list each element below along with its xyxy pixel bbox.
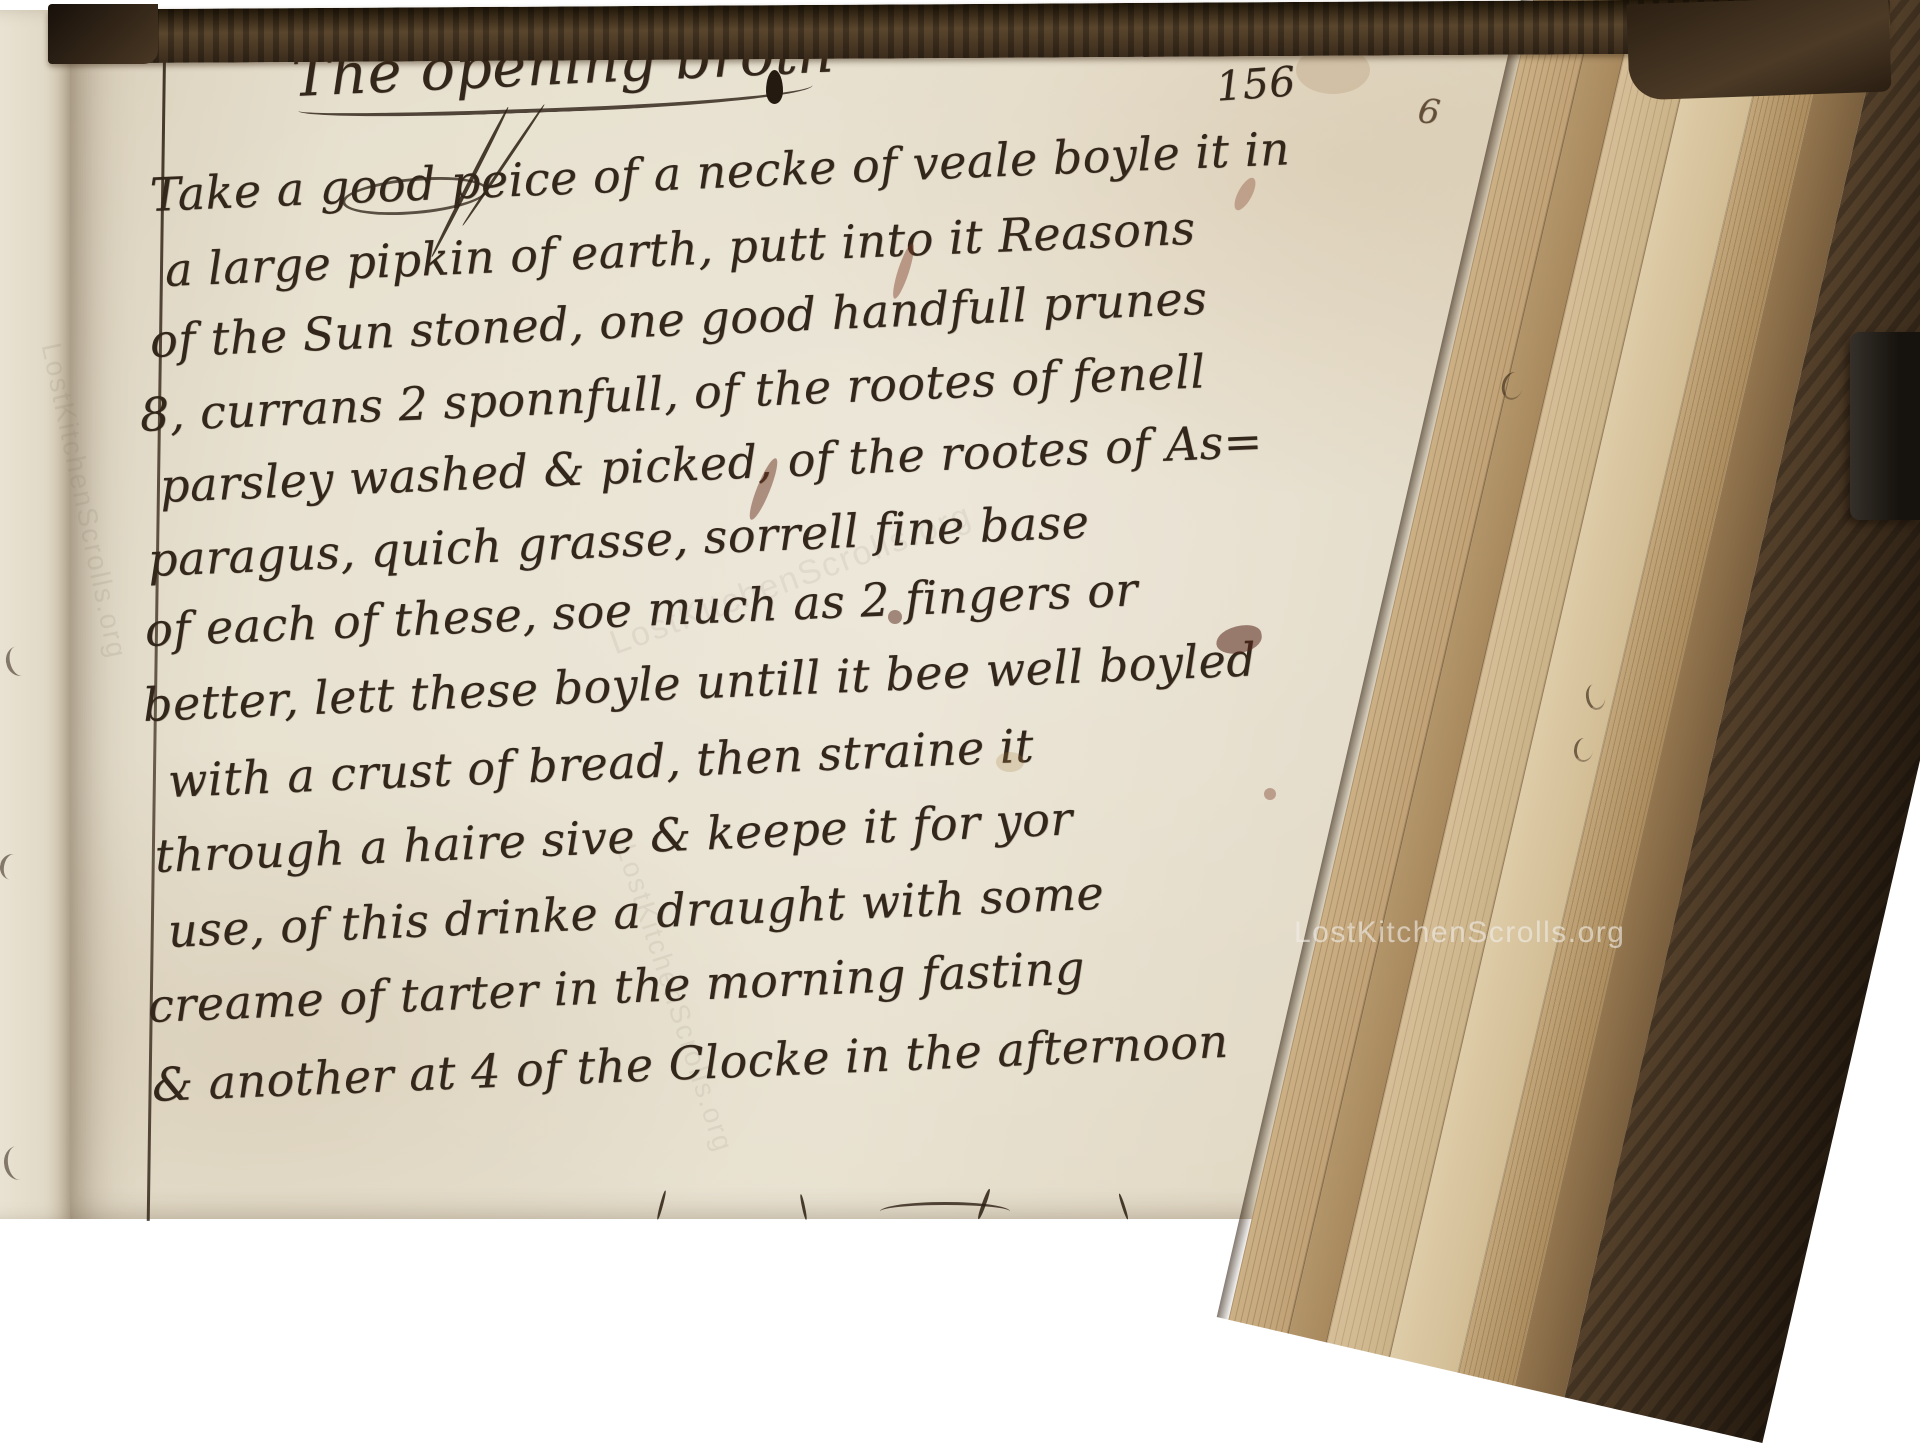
partial-next-line-stroke (880, 1202, 1010, 1219)
top-left-leather-corner (48, 4, 158, 64)
page-number: 156 (1214, 57, 1297, 110)
ink-spot (888, 610, 902, 624)
paper-stain (996, 752, 1024, 772)
manuscript-photo: LostKitchenScrolls.org LostKitchenScroll… (0, 0, 1920, 1219)
watermark-text: LostKitchenScrolls.org (1294, 916, 1625, 950)
ink-spot (1264, 788, 1276, 800)
book-clasp (1850, 332, 1920, 520)
sliver-ink-fragment (2, 1144, 34, 1182)
top-right-leather-corner (1626, 0, 1891, 101)
ink-drop (766, 70, 783, 104)
sliver-ink-fragment (3, 643, 35, 678)
sliver-ink-fragment (0, 852, 26, 882)
facing-page-sliver (0, 10, 80, 1219)
